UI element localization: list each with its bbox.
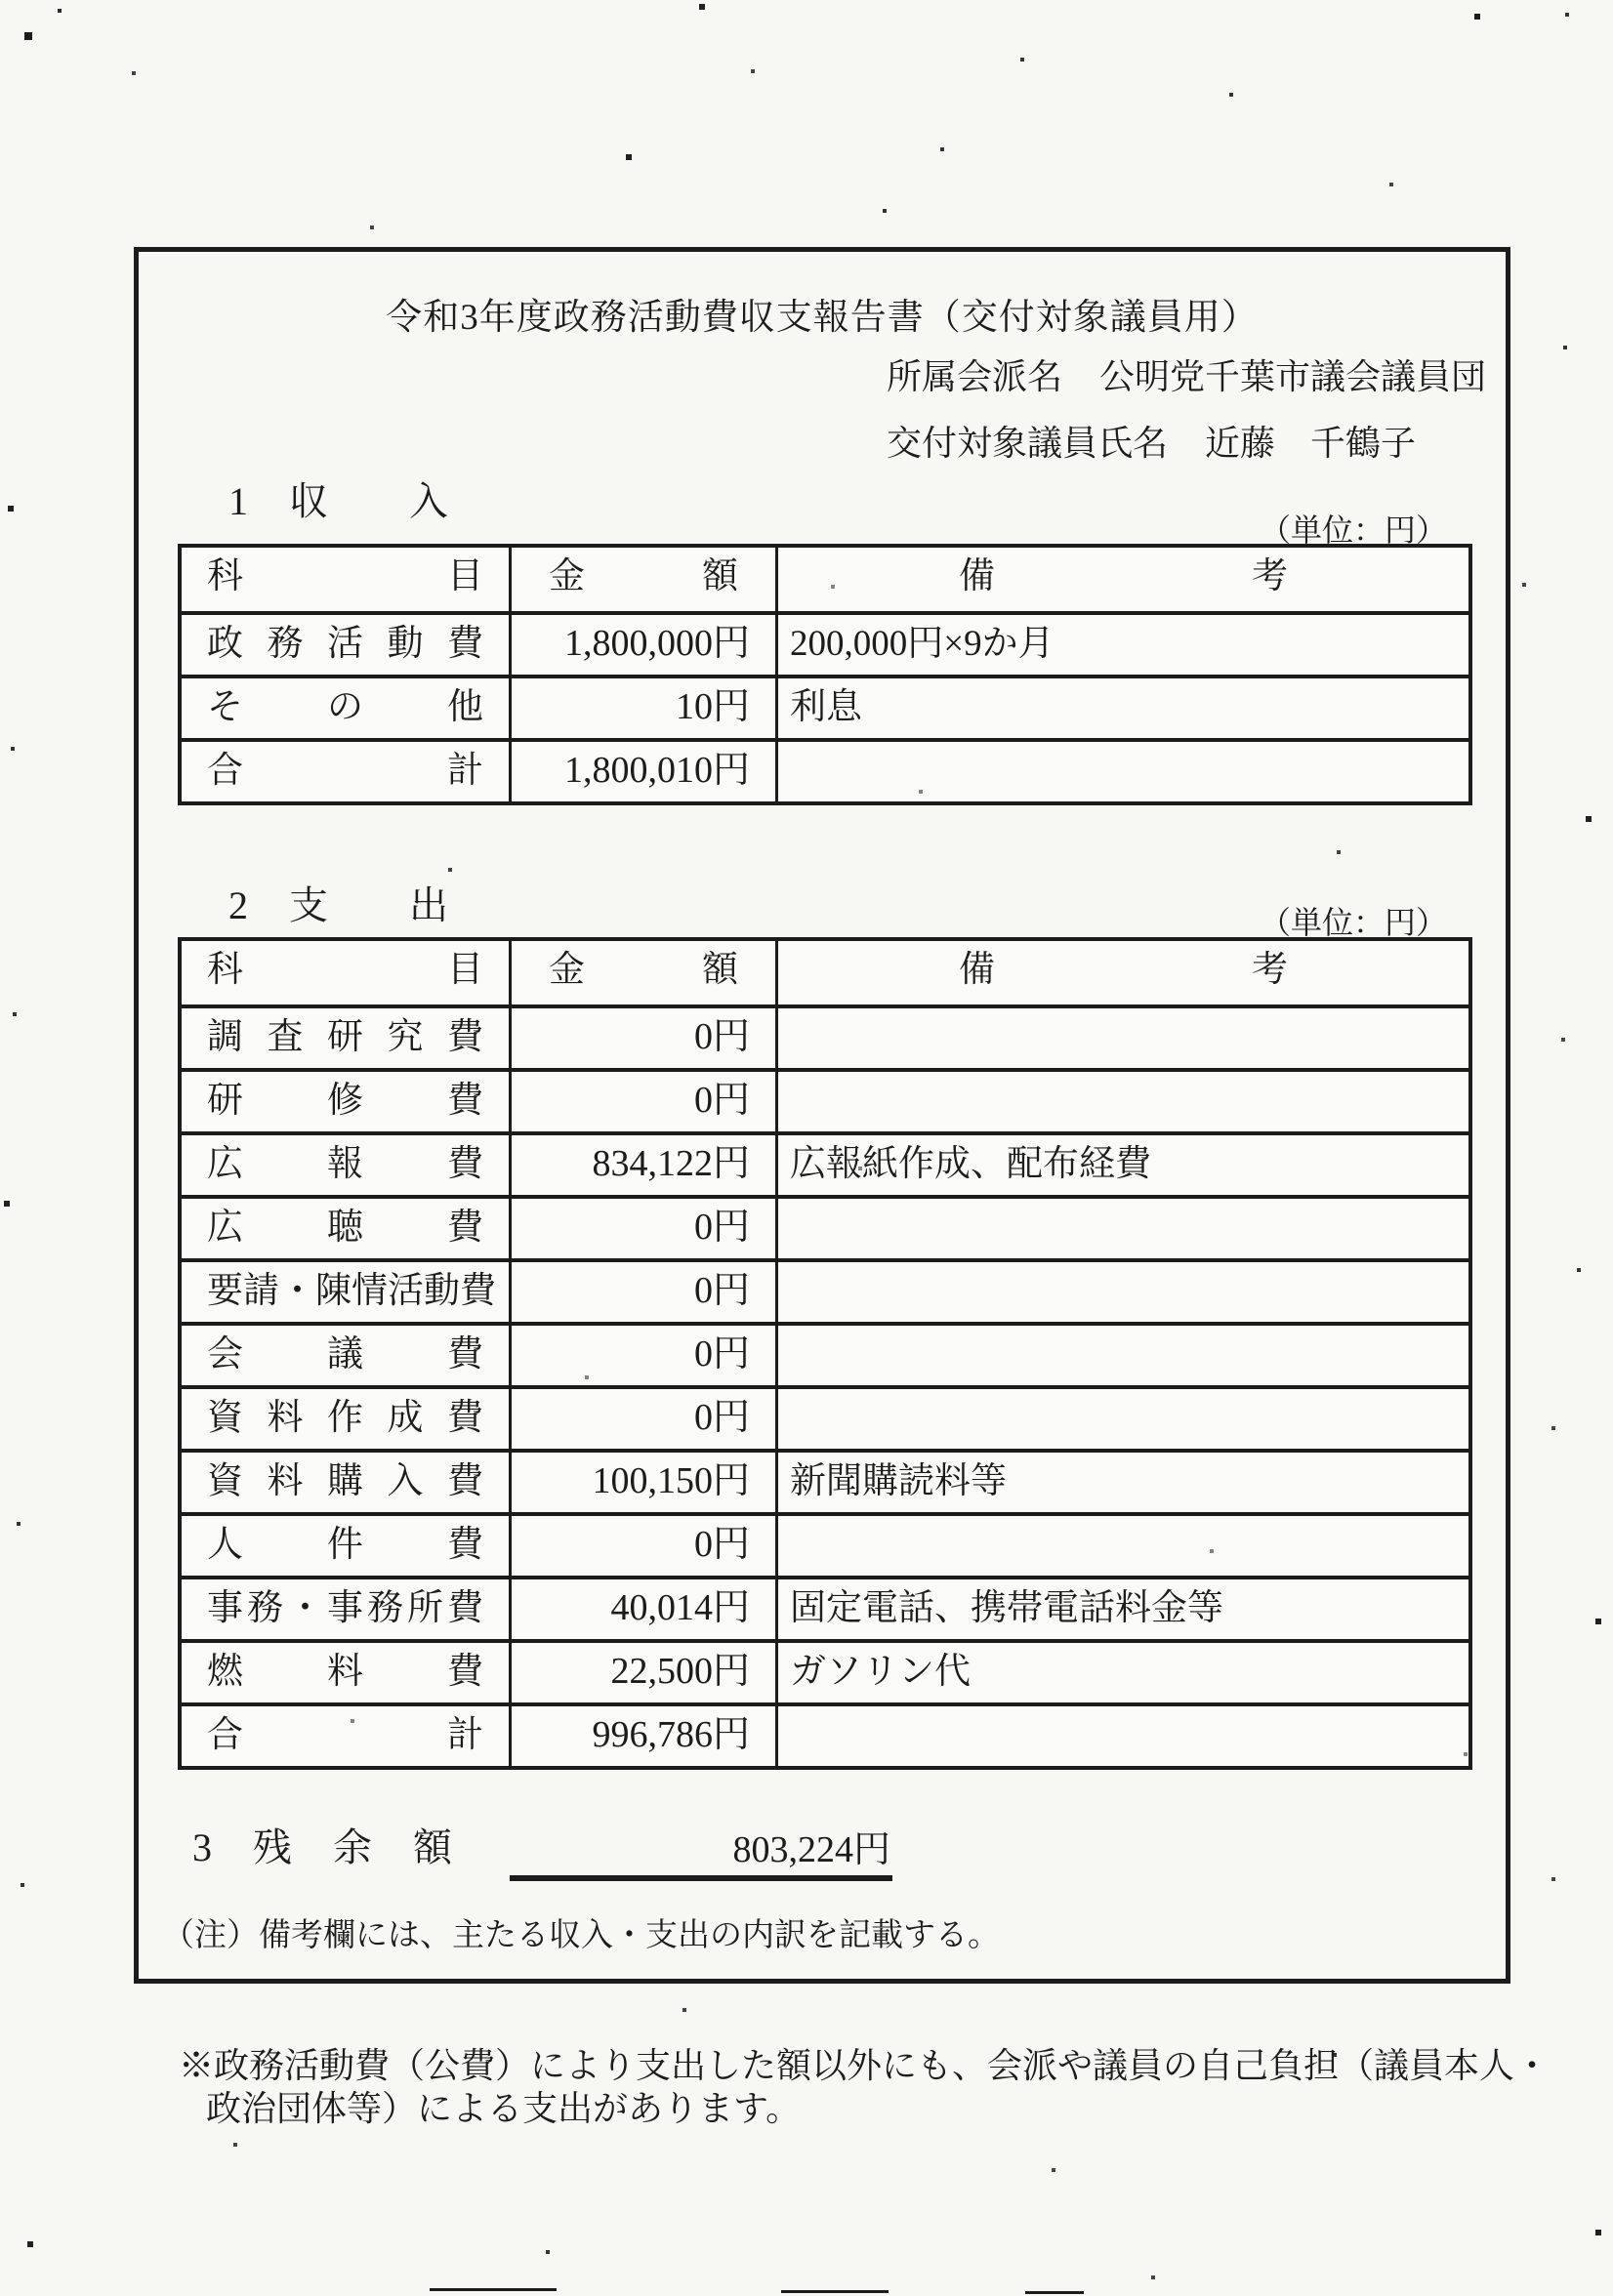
item-cell: 調査研究費 <box>182 1008 509 1068</box>
header-item: 科目 <box>182 941 509 1004</box>
remainder-amount: 803,224円 <box>586 1819 890 1872</box>
table-row: 広報費834,122円広報紙作成、配布経費 <box>182 1131 1468 1195</box>
footnote: ※政務活動費（公費）により支出した額以外にも、会派や議員の自己負担（議員本人・ … <box>179 2044 1550 2130</box>
item-cell: 合計 <box>182 1706 509 1766</box>
table-row: 要請・陳情活動費0円 <box>182 1258 1468 1322</box>
item-cell: 資料作成費 <box>182 1389 509 1449</box>
item-cell: 燃料費 <box>182 1643 509 1702</box>
amount-cell: 0円 <box>509 1199 775 1258</box>
table-header-row: 科目 金額 備考 <box>182 548 1468 611</box>
table-row: 資料購入費100,150円新聞購読料等 <box>182 1449 1468 1512</box>
item-cell: その他 <box>182 678 509 738</box>
table-row: 合計1,800,010円 <box>182 738 1468 801</box>
member-label: 交付対象議員氏名 <box>887 424 1168 463</box>
scan-edge-mark <box>1025 2291 1084 2294</box>
table-row: 研修費0円 <box>182 1068 1468 1131</box>
affiliation-line: 所属会派名公明党千葉市議会議員団 <box>887 349 1486 399</box>
note-cell <box>775 1516 1468 1576</box>
amount-cell: 834,122円 <box>509 1135 775 1195</box>
affiliation-label: 所属会派名 <box>887 357 1062 396</box>
note-cell <box>775 1262 1468 1322</box>
page-title: 令和3年度政務活動費収支報告書（交付対象議員用） <box>139 287 1506 340</box>
header-amount: 金額 <box>509 548 775 611</box>
table-row: 政務活動費1,800,000円200,000円×9か月 <box>182 611 1468 675</box>
scan-noise <box>0 0 2 2</box>
table-row: 広聴費0円 <box>182 1195 1468 1258</box>
item-cell: 人件費 <box>182 1516 509 1576</box>
expenditure-table: 科目 金額 備考 調査研究費0円研修費0円広報費834,122円広報紙作成、配布… <box>178 937 1472 1770</box>
remainder-underline <box>510 1875 892 1881</box>
amount-cell: 1,800,010円 <box>509 742 775 801</box>
expenditure-section-heading: 2 支 出 <box>228 875 449 930</box>
note-cell <box>775 1199 1468 1258</box>
item-cell: 要請・陳情活動費 <box>182 1262 509 1322</box>
footnote-line-1: ※政務活動費（公費）により支出した額以外にも、会派や議員の自己負担（議員本人・ <box>179 2044 1550 2087</box>
amount-cell: 22,500円 <box>509 1643 775 1702</box>
amount-cell: 40,014円 <box>509 1579 775 1639</box>
note-cell: 広報紙作成、配布経費 <box>775 1135 1468 1195</box>
remainder-line: 3 残 余 額 803,224円 <box>139 1817 1506 1865</box>
note-cell: 利息 <box>775 678 1468 738</box>
report-frame: 令和3年度政務活動費収支報告書（交付対象議員用） 所属会派名公明党千葉市議会議員… <box>134 247 1510 1984</box>
item-cell: 事務・事務所費 <box>182 1579 509 1639</box>
note-cell <box>775 1008 1468 1068</box>
note-cell <box>775 742 1468 801</box>
amount-cell: 10円 <box>509 678 775 738</box>
header-note: 備考 <box>775 548 1468 611</box>
table-row: 調査研究費0円 <box>182 1004 1468 1068</box>
header-item: 科目 <box>182 548 509 611</box>
table-row: 合計996,786円 <box>182 1702 1468 1766</box>
income-section-heading: 1 収 入 <box>228 471 449 526</box>
note-cell: ガソリン代 <box>775 1643 1468 1702</box>
amount-cell: 0円 <box>509 1008 775 1068</box>
footnote-line-2: 政治団体等）による支出があります。 <box>179 2087 1550 2130</box>
amount-cell: 0円 <box>509 1072 775 1131</box>
amount-cell: 100,150円 <box>509 1453 775 1512</box>
table-header-row: 科目 金額 備考 <box>182 941 1468 1004</box>
table-row: 燃料費22,500円ガソリン代 <box>182 1639 1468 1702</box>
note-cell <box>775 1326 1468 1385</box>
amount-cell: 996,786円 <box>509 1706 775 1766</box>
item-cell: 広聴費 <box>182 1199 509 1258</box>
note-cell: 新聞購読料等 <box>775 1453 1468 1512</box>
scan-edge-mark <box>430 2288 557 2291</box>
amount-cell: 0円 <box>509 1389 775 1449</box>
amount-cell: 0円 <box>509 1516 775 1576</box>
remainder-heading: 3 残 余 額 <box>192 1817 453 1872</box>
header-amount: 金額 <box>509 941 775 1004</box>
table-row: その他10円利息 <box>182 675 1468 738</box>
amount-cell: 0円 <box>509 1326 775 1385</box>
table-row: 会議費0円 <box>182 1322 1468 1385</box>
item-cell: 資料購入費 <box>182 1453 509 1512</box>
amount-cell: 1,800,000円 <box>509 615 775 675</box>
table-row: 資料作成費0円 <box>182 1385 1468 1449</box>
scanned-report-page: { "page": { "title": "令和3年度政務活動費収支報告書（交付… <box>0 0 1613 2296</box>
note-cell: 固定電話、携帯電話料金等 <box>775 1579 1468 1639</box>
amount-cell: 0円 <box>509 1262 775 1322</box>
table-row: 人件費0円 <box>182 1512 1468 1576</box>
note-cell: 200,000円×9か月 <box>775 615 1468 675</box>
item-cell: 広報費 <box>182 1135 509 1195</box>
affiliation-value: 公明党千葉市議会議員団 <box>1099 357 1486 396</box>
member-line: 交付対象議員氏名近藤 千鶴子 <box>887 416 1416 466</box>
item-cell: 政務活動費 <box>182 615 509 675</box>
income-table: 科目 金額 備考 政務活動費1,800,000円200,000円×9か月その他1… <box>178 544 1472 805</box>
item-cell: 会議費 <box>182 1326 509 1385</box>
table-row: 事務・事務所費40,014円固定電話、携帯電話料金等 <box>182 1576 1468 1639</box>
note-cell <box>775 1072 1468 1131</box>
note-cell <box>775 1706 1468 1766</box>
item-cell: 研修費 <box>182 1072 509 1131</box>
item-cell: 合計 <box>182 742 509 801</box>
table-note: （注）備考欄には、主たる収入・支出の内訳を記載する。 <box>162 1909 1000 1955</box>
header-note: 備考 <box>775 941 1468 1004</box>
scan-edge-mark <box>781 2290 889 2293</box>
note-cell <box>775 1389 1468 1449</box>
member-value: 近藤 千鶴子 <box>1205 424 1416 463</box>
